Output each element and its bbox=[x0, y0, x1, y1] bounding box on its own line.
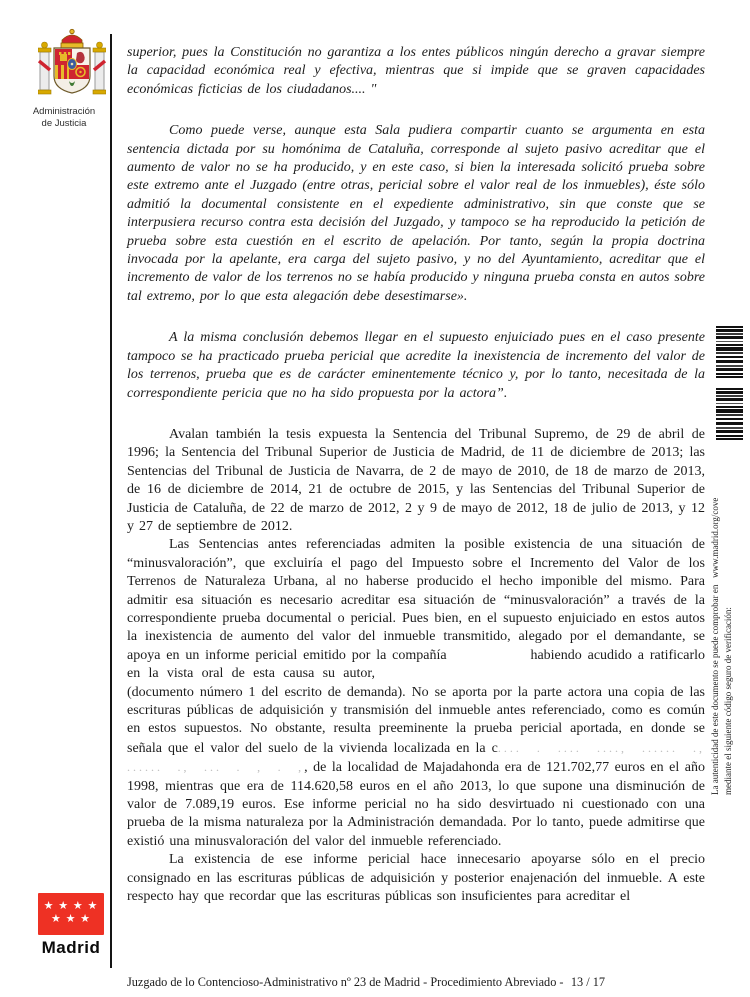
footer-court-name: Juzgado de lo Contencioso-Administrativo… bbox=[127, 975, 564, 990]
body-paragraph-6: La existencia de ese informe pericial ha… bbox=[127, 851, 705, 906]
justice-caption-line1: Administración bbox=[16, 106, 112, 118]
body-paragraph-4: Avalan también la tesis expuesta la Sent… bbox=[127, 426, 705, 536]
justice-coat-of-arms-icon bbox=[38, 28, 106, 106]
body-paragraph-5: Las Sentencias antes referenciadas admit… bbox=[127, 536, 705, 851]
madrid-flag-icon: ★ ★ ★ ★ ★ ★ ★ bbox=[38, 893, 104, 935]
madrid-logo-label: Madrid bbox=[38, 938, 104, 958]
madrid-stars-row2: ★ ★ ★ bbox=[51, 914, 91, 927]
body-paragraph-2: Como puede verse, aunque esta Sala pudie… bbox=[127, 122, 705, 306]
footer-page-number: 13 / 17 bbox=[571, 975, 605, 990]
page-footer: Juzgado de lo Contencioso-Administrativo… bbox=[127, 975, 605, 990]
paragraph-5-segment-1: Las Sentencias antes referenciadas admit… bbox=[127, 537, 705, 662]
madrid-flag-logo: ★ ★ ★ ★ ★ ★ ★ Madrid bbox=[38, 893, 104, 958]
body-paragraph-3: A la misma conclusión debemos llegar en … bbox=[127, 329, 705, 403]
redaction-gap bbox=[375, 667, 705, 677]
body-paragraph-1: superior, pues la Constitución no garant… bbox=[127, 44, 705, 99]
document-page: Administración de Justicia ★ ★ ★ ★ ★ ★ ★… bbox=[0, 0, 750, 997]
justice-caption-line2: de Justicia bbox=[16, 118, 112, 130]
left-margin-divider bbox=[110, 34, 112, 968]
verification-line1: La autenticidad de este documento se pue… bbox=[709, 498, 722, 795]
barcode-icon bbox=[716, 326, 743, 378]
judgment-body-text: superior, pues la Constitución no garant… bbox=[127, 44, 705, 906]
redaction-gap bbox=[447, 649, 525, 659]
verification-line2: mediante el siguiente código seguro de v… bbox=[722, 498, 735, 795]
verification-sidebar-text: La autenticidad de este documento se pue… bbox=[709, 498, 734, 795]
barcode-icon bbox=[716, 388, 743, 440]
justice-logo-caption: Administración de Justicia bbox=[16, 106, 112, 129]
